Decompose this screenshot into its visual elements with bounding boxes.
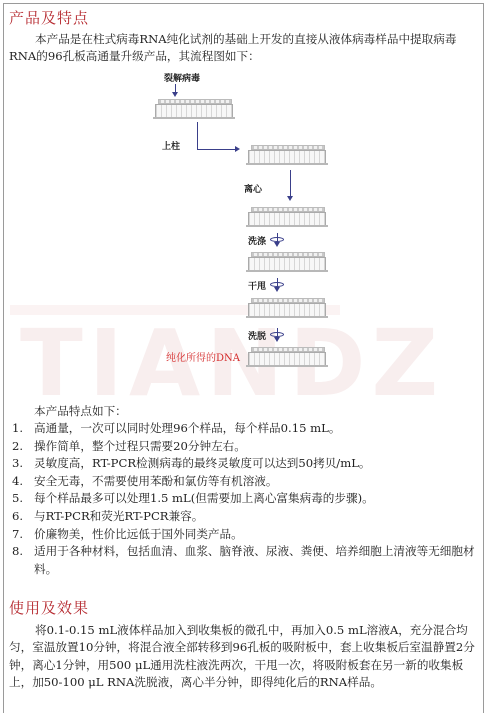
arrow-down-icon [287,196,293,201]
arrow-down-icon [274,242,280,247]
list-text: 与RT-PCR和荧光RT-PCR兼容。 [34,509,203,523]
list-number: 1. [12,420,23,438]
list-number: 3. [12,455,23,473]
list-item: 2.操作简单，整个过程只需要20分钟左右。 [12,438,482,456]
connector-line [197,122,198,149]
list-text: 每个样品最多可以处理1.5 mL(但需要加上离心富集病毒的步骤)。 [34,491,374,505]
list-item: 4.安全无毒，不需要使用苯酚和氯仿等有机溶液。 [12,473,482,491]
list-item: 3.灵敏度高，RT-PCR检测病毒的最终灵敏度可以达到50拷贝/mL。 [12,455,482,473]
features-intro: 本产品特点如下： [34,403,127,420]
well-plate-icon [155,99,233,119]
well-plate-icon [248,252,326,272]
well-plate-icon [248,145,326,165]
step-label-lysis: 裂解病毒 [164,71,200,84]
arrow-down-icon [274,337,280,342]
list-item: 7.价廉物美，性价比远低于国外同类产品。 [12,526,482,544]
result-label: 纯化所得的DNA [166,349,240,364]
list-number: 4. [12,473,23,491]
step-label-spin-dry: 干甩 [248,279,266,292]
arrow-right-icon [235,146,240,152]
list-item: 1.高通量，一次可以同时处理96个样品，每个样品0.15 mL。 [12,420,482,438]
intro-paragraph: 本产品是在柱式病毒RNA纯化试剂的基础上开发的直接从液体病毒样品中提取病毒RNA… [9,31,475,65]
list-text: 操作简单，整个过程只需要20分钟左右。 [34,439,246,453]
list-text: 灵敏度高，RT-PCR检测病毒的最终灵敏度可以达到50拷贝/mL。 [34,456,371,470]
connector-line [290,170,291,196]
section-heading-usage: 使用及效果 [9,597,89,618]
list-item: 6.与RT-PCR和荧光RT-PCR兼容。 [12,508,482,526]
list-number: 8. [12,543,23,561]
list-text: 适用于各种材料，包括血清、血浆、脑脊液、尿液、粪便、培养细胞上清液等无细胞材料。 [34,544,475,576]
workflow-diagram: 裂解病毒 上柱 离心 洗涤 干甩 洗脱 纯化所得的DNA [140,70,360,390]
connector-line [197,149,235,150]
list-item: 8.适用于各种材料，包括血清、血浆、脑脊液、尿液、粪便、培养细胞上清液等无细胞材… [12,543,482,578]
list-text: 高通量，一次可以同时处理96个样品，每个样品0.15 mL。 [34,421,340,435]
well-plate-icon [248,207,326,227]
arrow-down-icon [274,287,280,292]
list-number: 7. [12,526,23,544]
step-label-elute: 洗脱 [248,329,266,342]
section-heading-features: 产品及特点 [9,7,89,28]
list-number: 2. [12,438,23,456]
list-item: 5.每个样品最多可以处理1.5 mL(但需要加上离心富集病毒的步骤)。 [12,490,482,508]
list-number: 6. [12,508,23,526]
step-label-wash: 洗涤 [248,234,266,247]
list-text: 安全无毒，不需要使用苯酚和氯仿等有机溶液。 [34,474,277,488]
usage-paragraph: 将0.1-0.15 mL液体样品加入到收集板的微孔中，再加入0.5 mL溶液A，… [9,622,477,692]
well-plate-icon [248,298,326,318]
well-plate-icon [248,347,326,367]
list-number: 5. [12,490,23,508]
arrow-down-icon [172,92,178,97]
step-label-load: 上柱 [162,139,180,152]
step-label-centrifuge: 离心 [244,182,262,195]
list-text: 价廉物美，性价比远低于国外同类产品。 [34,527,243,541]
features-list: 1.高通量，一次可以同时处理96个样品，每个样品0.15 mL。 2.操作简单，… [12,420,482,578]
